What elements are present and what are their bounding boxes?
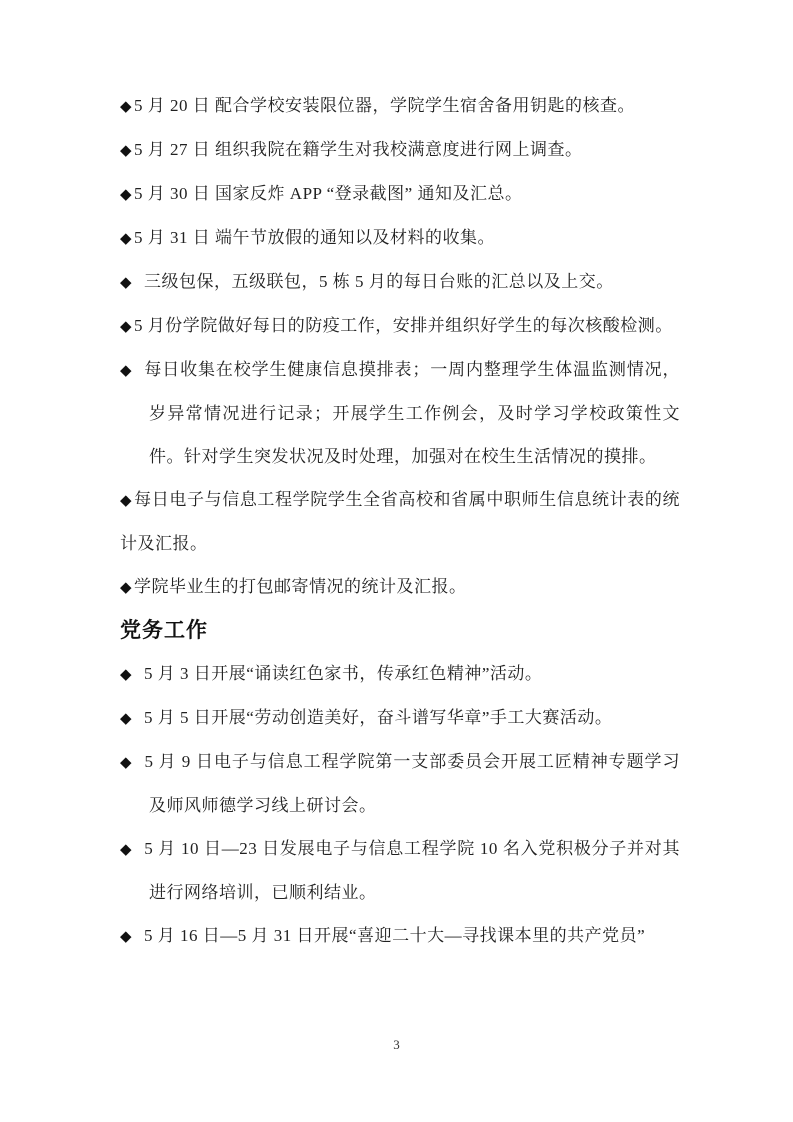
diamond-bullet-icon: ◆: [120, 840, 132, 858]
list-item: ◆5 月 5 日开展“劳动创造美好，奋斗谱写华章”手工大赛活动。: [120, 696, 680, 740]
diamond-bullet-icon: ◆: [120, 141, 132, 159]
diamond-bullet-icon: ◆: [120, 578, 132, 596]
page-number: 3: [0, 1036, 793, 1054]
list-item-text: 5 月 10 日—23 日发展电子与信息工程学院 10 名入党积极分子并对其进行…: [144, 839, 680, 902]
diamond-bullet-icon: ◆: [120, 185, 132, 203]
list-item: ◆5 月 16 日—5 月 31 日开展“喜迎二十大—寻找课本里的共产党员”: [120, 914, 680, 958]
list-item: ◆学院毕业生的打包邮寄情况的统计及汇报。: [120, 565, 680, 609]
list-item: ◆5 月 27 日 组织我院在籍学生对我校满意度进行网上调查。: [120, 128, 680, 172]
diamond-bullet-icon: ◆: [120, 97, 132, 115]
list-item-text: 5 月 31 日 端午节放假的通知以及材料的收集。: [134, 228, 495, 247]
list-item: ◆5 月 31 日 端午节放假的通知以及材料的收集。: [120, 216, 680, 260]
list-item: ◆5 月 10 日—23 日发展电子与信息工程学院 10 名入党积极分子并对其进…: [120, 827, 680, 914]
list-item-text: 5 月 5 日开展“劳动创造美好，奋斗谱写华章”手工大赛活动。: [144, 708, 612, 727]
list-item-text: 5 月 20 日 配合学校安装限位器，学院学生宿舍备用钥匙的核查。: [134, 96, 635, 115]
diamond-bullet-icon: ◆: [120, 753, 132, 771]
diamond-bullet-icon: ◆: [120, 229, 132, 247]
list-item: ◆5 月份学院做好每日的防疫工作，安排并组织好学生的每次核酸检测。: [120, 304, 680, 348]
diamond-bullet-icon: ◆: [120, 927, 132, 945]
document-page: ◆5 月 20 日 配合学校安装限位器，学院学生宿舍备用钥匙的核查。 ◆5 月 …: [0, 0, 793, 1122]
section-heading: 党务工作: [120, 609, 680, 652]
document-body: ◆5 月 20 日 配合学校安装限位器，学院学生宿舍备用钥匙的核查。 ◆5 月 …: [120, 84, 680, 958]
list-item: ◆5 月 9 日电子与信息工程学院第一支部委员会开展工匠精神专题学习及师风师德学…: [120, 740, 680, 827]
list-item-text: 5 月 30 日 国家反炸 APP “登录截图” 通知及汇总。: [134, 184, 522, 203]
list-item-text: 5 月 27 日 组织我院在籍学生对我校满意度进行网上调查。: [134, 140, 583, 159]
diamond-bullet-icon: ◆: [120, 491, 132, 509]
diamond-bullet-icon: ◆: [120, 709, 132, 727]
list-item-text: 每日收集在校学生健康信息摸排表；一周内整理学生体温监测情况，岁异常情况进行记录；…: [144, 360, 680, 466]
list-item-text: 每日电子与信息工程学院学生全省高校和省属中职师生信息统计表的统计及汇报。: [120, 490, 680, 553]
list-item: ◆每日收集在校学生健康信息摸排表；一周内整理学生体温监测情况，岁异常情况进行记录…: [120, 348, 680, 478]
list-item: ◆每日电子与信息工程学院学生全省高校和省属中职师生信息统计表的统计及汇报。: [120, 478, 680, 565]
list-item-text: 5 月份学院做好每日的防疫工作，安排并组织好学生的每次核酸检测。: [134, 316, 673, 335]
list-item-text: 5 月 9 日电子与信息工程学院第一支部委员会开展工匠精神专题学习及师风师德学习…: [144, 752, 680, 815]
diamond-bullet-icon: ◆: [120, 317, 132, 335]
diamond-bullet-icon: ◆: [120, 273, 132, 291]
list-item-text: 5 月 3 日开展“诵读红色家书，传承红色精神”活动。: [144, 664, 542, 683]
diamond-bullet-icon: ◆: [120, 665, 132, 683]
list-item-text: 三级包保，五级联包，5 栋 5 月的每日台账的汇总以及上交。: [144, 272, 614, 291]
list-item: ◆5 月 30 日 国家反炸 APP “登录截图” 通知及汇总。: [120, 172, 680, 216]
diamond-bullet-icon: ◆: [120, 361, 132, 379]
list-item: ◆5 月 20 日 配合学校安装限位器，学院学生宿舍备用钥匙的核查。: [120, 84, 680, 128]
list-item-text: 学院毕业生的打包邮寄情况的统计及汇报。: [134, 577, 467, 596]
list-item: ◆5 月 3 日开展“诵读红色家书，传承红色精神”活动。: [120, 652, 680, 696]
list-item: ◆三级包保，五级联包，5 栋 5 月的每日台账的汇总以及上交。: [120, 260, 680, 304]
list-item-text: 5 月 16 日—5 月 31 日开展“喜迎二十大—寻找课本里的共产党员”: [144, 926, 645, 945]
